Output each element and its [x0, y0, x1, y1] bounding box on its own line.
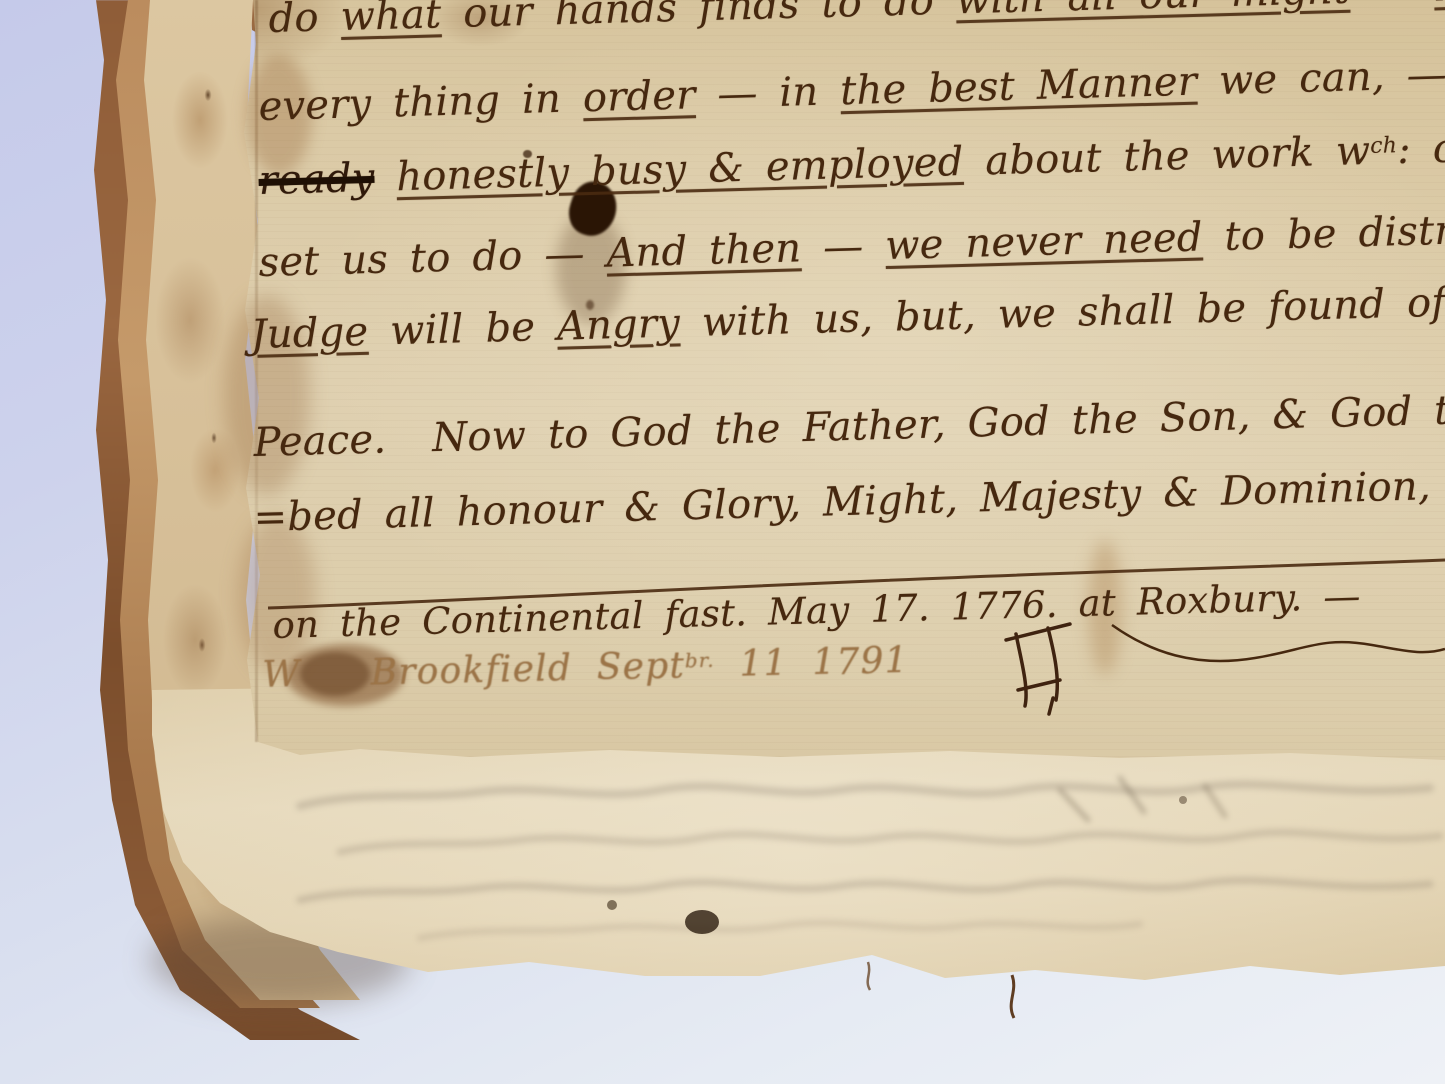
struck-word: ready — [258, 155, 375, 204]
underlined-text: order — [582, 72, 696, 121]
text-segment: Peace. — [253, 416, 387, 466]
underlined-text: we never need — [885, 214, 1204, 269]
underlined-text: Angry — [556, 300, 680, 349]
text-segment: W — [262, 654, 301, 696]
text-segment: : our L — [1397, 123, 1445, 173]
underlined-text: let us — [1433, 0, 1445, 10]
text-segment — [387, 451, 433, 452]
text-segment: — — [801, 223, 886, 271]
text-segment: 11 1791 — [714, 640, 909, 685]
text-segment: Brookfield Sept — [370, 645, 685, 693]
underlined-text: what — [340, 0, 442, 40]
underlined-text: And then — [606, 225, 802, 276]
text-segment: every thing in — [258, 75, 583, 130]
manuscript-photograph: do what our hands finds to do with all o… — [0, 0, 1445, 1084]
text-segment: will be — [368, 304, 558, 355]
text-segment — [301, 685, 371, 687]
text-segment: br. — [685, 649, 715, 673]
text-segment: to be distressed, — [1202, 204, 1445, 260]
text-segment: do — [268, 0, 341, 42]
text-segment: ch — [1370, 133, 1398, 159]
text-segment: — in — [695, 68, 841, 118]
paper-fiber — [1011, 975, 1014, 1018]
text-segment: set us to do — — [258, 231, 607, 286]
underlined-text: Judge — [250, 309, 369, 358]
underlined-text: the best Manner — [840, 59, 1198, 115]
text-segment — [374, 154, 397, 201]
